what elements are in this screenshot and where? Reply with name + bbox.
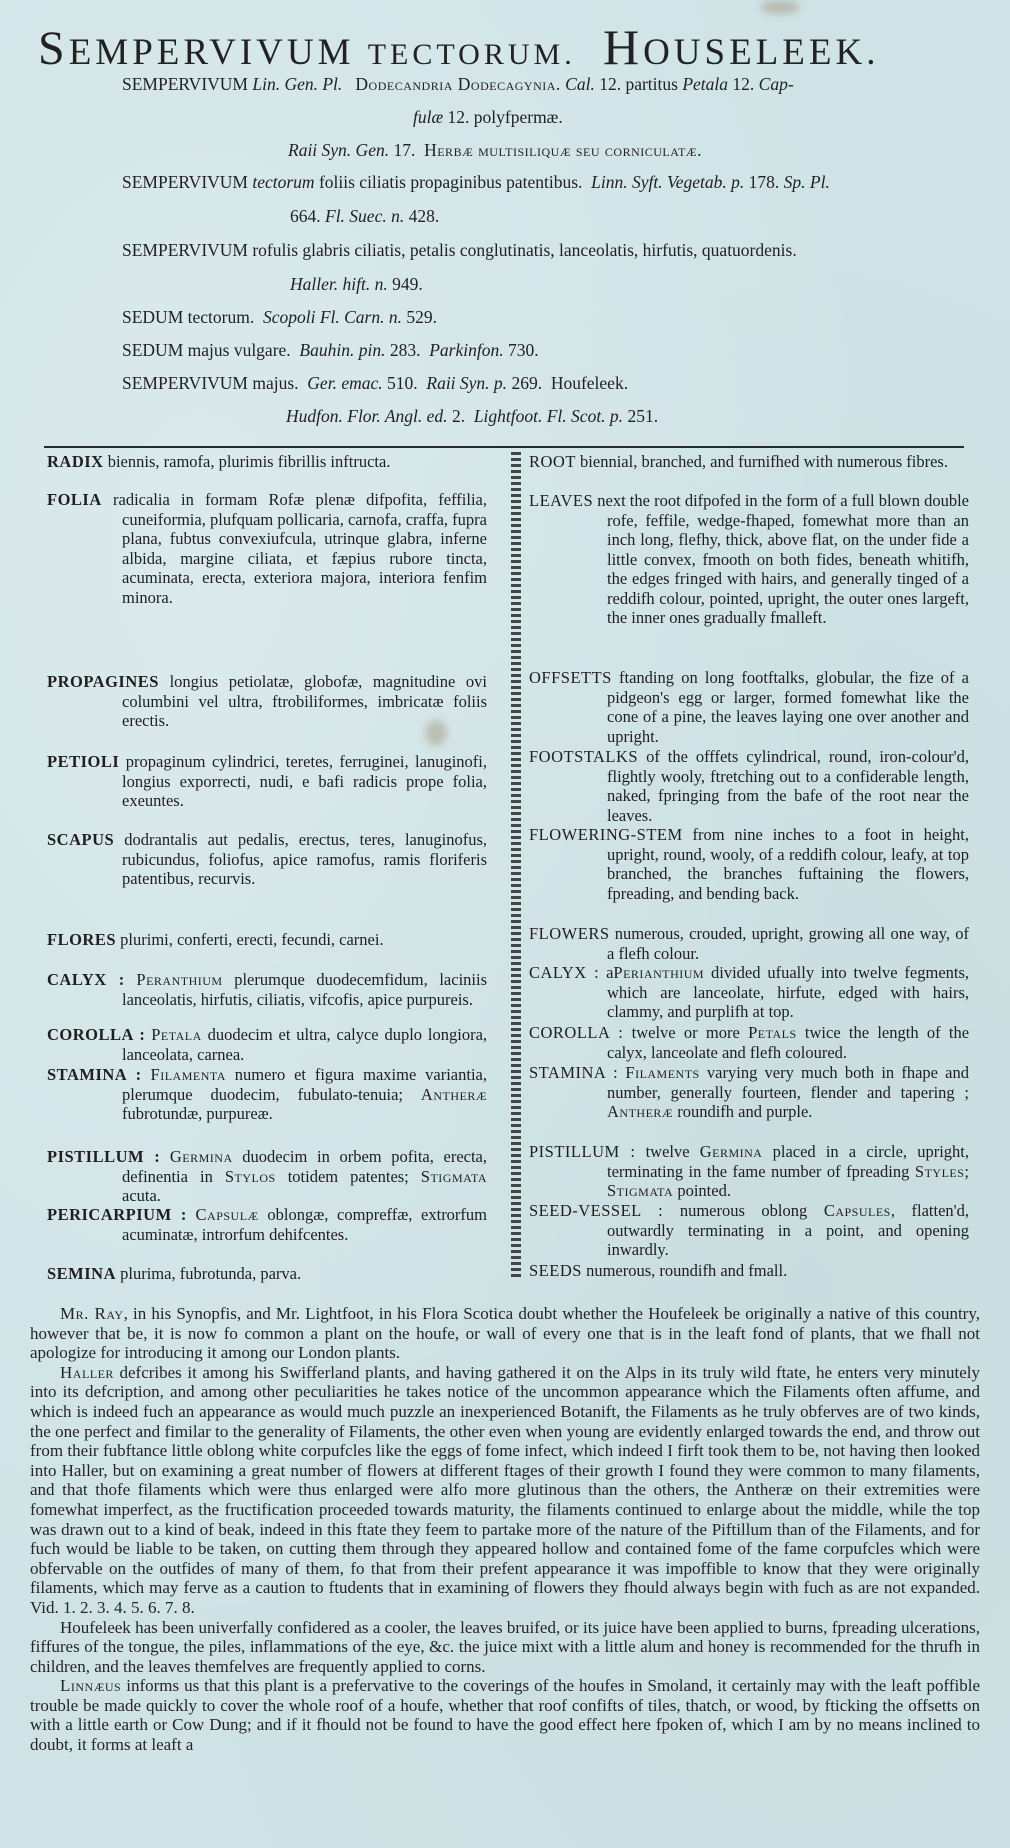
english-entry: FOOTSTALKS of the offfets cylindrical, r… [529, 747, 969, 825]
synonym-line: fulæ 12. polyfpermæ. [413, 107, 563, 128]
latin-entry: PERICARPIUM : Capsulæ oblongæ, compreffæ… [47, 1205, 487, 1244]
synonym-line: 664. Fl. Suec. n. 428. [290, 206, 439, 227]
synonym-line: SEMPERVIVUM tectorum foliis ciliatis pro… [122, 172, 830, 193]
synonym-line: SEMPERVIVUM rofulis glabris ciliatis, pe… [122, 240, 797, 261]
latin-entry: FLORES plurimi, conferti, erecti, fecund… [47, 930, 487, 950]
title-initial: S [38, 22, 69, 75]
synonym-line: SEMPERVIVUM Lin. Gen. Pl. Dodecandria Do… [122, 74, 794, 95]
english-entry: PISTILLUM : twelve Germina placed in a c… [529, 1142, 969, 1201]
synonym-line: Haller. hift. n. 949. [290, 274, 423, 295]
latin-entry: CALYX : Peranthium plerumque duodecemfid… [47, 970, 487, 1009]
title-genus: EMPERVIVUM [69, 32, 355, 73]
synonym-line: SEDUM tectorum. Scopoli Fl. Carn. n. 529… [122, 307, 437, 328]
english-entry: SEED-VESSEL : numerous oblong Capsules, … [529, 1201, 969, 1260]
english-entry: SEEDS numerous, roundifh and fmall. [529, 1261, 969, 1281]
commentary-paragraph: Linnæus informs us that this plant is a … [30, 1676, 980, 1754]
latin-entry: FOLIA radicalia in formam Rofæ plenæ dif… [47, 490, 487, 607]
latin-entry: RADIX biennis, ramofa, plurimis fibrilli… [47, 452, 487, 472]
synonym-line: Hudfon. Flor. Angl. ed. 2. Lightfoot. Fl… [286, 406, 658, 427]
english-entry: COROLLA : twelve or more Petals twice th… [529, 1023, 969, 1062]
commentary-paragraph: Houfeleek has been univerfally confidere… [30, 1618, 980, 1677]
latin-entry: COROLLA : Petala duodecim et ultra, caly… [47, 1025, 487, 1064]
ornamental-column-divider [511, 452, 521, 1278]
english-entry: OFFSETTS ftanding on long footftalks, gl… [529, 668, 969, 746]
horizontal-rule [44, 446, 964, 448]
paper-stain [760, 0, 800, 14]
synonym-line: Raii Syn. Gen. 17. Herbæ multisiliquæ se… [288, 140, 702, 161]
latin-entry: SCAPUS dodrantalis aut pedalis, erectus,… [47, 830, 487, 889]
latin-entry: PETIOLI propaginum cylindrici, teretes, … [47, 752, 487, 811]
latin-entry: STAMINA : Filamenta numero et figura max… [47, 1065, 487, 1124]
latin-entry: PISTILLUM : Germina duodecim in orbem po… [47, 1147, 487, 1206]
commentary-paragraph: Haller defcribes it among his Swifferlan… [30, 1363, 980, 1618]
title-common-initial: H [603, 19, 643, 75]
page-title: SEMPERVIVUM TECTORUM. HOUSELEEK. [38, 18, 998, 76]
title-common-name: OUSELEEK. [643, 32, 879, 73]
english-entry: FLOWERING-STEM from nine inches to a foo… [529, 825, 969, 903]
english-entry: CALYX : aPerianthium divided ufually int… [529, 963, 969, 1022]
english-entry: ROOT biennial, branched, and furnifhed w… [529, 452, 969, 472]
english-entry: STAMINA : Filaments varying very much bo… [529, 1063, 969, 1122]
title-species: TECTORUM. [368, 38, 576, 71]
book-page: SEMPERVIVUM TECTORUM. HOUSELEEK. SEMPERV… [0, 0, 1010, 1848]
latin-entry: SEMINA plurima, fubrotunda, parva. [47, 1264, 487, 1284]
synonym-line: SEMPERVIVUM majus. Ger. emac. 510. Raii … [122, 373, 628, 394]
latin-entry: PROPAGINES longius petiolatæ, globofæ, m… [47, 672, 487, 731]
commentary-body: Mr. Ray, in his Synopfis, and Mr. Lightf… [30, 1304, 980, 1755]
english-entry: LEAVES next the root difpofed in the for… [529, 491, 969, 628]
commentary-paragraph: Mr. Ray, in his Synopfis, and Mr. Lightf… [30, 1304, 980, 1363]
synonym-line: SEDUM majus vulgare. Bauhin. pin. 283. P… [122, 340, 539, 361]
english-entry: FLOWERS numerous, crouded, upright, grow… [529, 924, 969, 963]
